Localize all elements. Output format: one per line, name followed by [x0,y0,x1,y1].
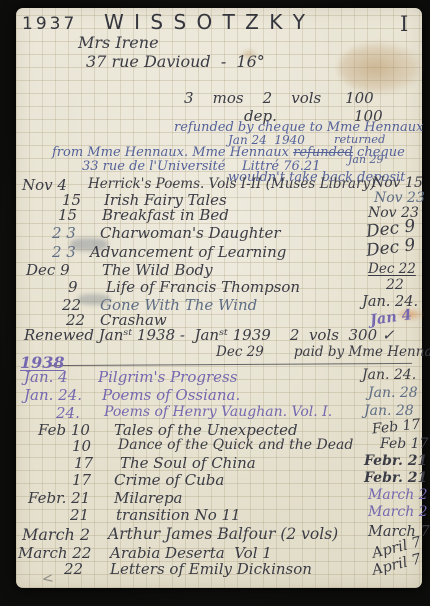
entry-return-date: Jan. 24. [362,368,416,383]
refund-note-line2-returned: returned [334,133,385,146]
entry-borrow-date: 2 3 [52,244,76,261]
member-address: 37 rue Davioud - 16° [86,53,265,71]
entry-return-date: 22 [386,278,404,293]
entry-borrow-date: 2 3 [52,225,76,242]
entry-title: Crime of Cuba [114,472,224,489]
entry-borrow-date: 15 [58,207,77,224]
entry-return-date: Jan. 28 [368,386,418,401]
renewal-note: Renewed Janˢᵗ 1938 - Janˢᵗ 1939 2 vols 3… [24,327,394,344]
entry-borrow-date: 22 [64,561,83,578]
entry-borrow-date: 10 [72,438,91,455]
entry-return-date: March 2 [368,488,428,503]
entry-title: Milarepa [114,490,183,507]
entry-borrow-date: Dec 9 [26,262,70,279]
entry-title: Poems of Henry Vaughan. Vol. I. [104,405,332,420]
refund-note-line3-pre: from Mme Hennaux. Mme Hennaux [52,145,293,160]
entry-return-date: March 2 [368,505,428,520]
tan-stain-large [338,42,422,94]
entry-return-date: Febr. 21 [364,454,427,469]
member-surname: W I S S O T Z K Y [104,10,307,34]
entry-borrow-date: Jan. 4 [24,369,68,386]
entry-title: transition No 11 [116,507,241,524]
entry-title: The Soul of China [120,455,256,472]
entry-borrow-date: 21 [70,507,89,524]
library-card: 1937 W I S S O T Z K Y I Mrs Irene 37 ru… [16,8,422,588]
entry-return-date: Dec 9 [365,236,416,261]
entry-title: The Wild Body [102,262,213,279]
entry-return-date: Febr. 21 [364,471,427,486]
entry-borrow-date: 17 [74,455,93,472]
entry-return-date: Feb 17 [380,437,428,452]
pencil-mark: < [41,571,55,588]
refund-note-line3-struck: refunded [293,145,353,160]
entry-title: Breakfast in Bed [102,207,229,224]
entry-return-date: Dec 22 [368,262,416,277]
scan-background: { "palette": { "card_background": "#eae6… [0,0,430,606]
entry-borrow-date: March 2 [22,526,90,544]
entry-borrow-date: 17 [72,472,91,489]
card-numeral: I [400,12,408,36]
entry-title: Dance of the Quick and the Dead [118,438,353,453]
member-name: Mrs Irene [78,34,159,52]
payment-note: Dec 29 paid by Mme Hennaux [216,345,430,360]
entry-title: Advancement of Learning [90,244,286,261]
entry-return-date: Feb 17 [371,418,421,438]
entry-title: Herrick's Poems. Vols I-II (Muses Librar… [88,177,375,192]
entry-title: Arthur James Balfour (2 vols) [108,526,338,543]
entry-title: Letters of Emily Dickinson [110,561,312,578]
entry-borrow-date: Febr. 21 [28,490,90,507]
entry-borrow-date: 24. [56,405,80,422]
entry-borrow-date: Jan. 24. [24,387,82,404]
entry-borrow-date: Nov 4 [22,177,67,194]
entry-title: Charwoman's Daughter [100,225,281,242]
card-year: 1937 [22,14,77,34]
section-divider-line [50,363,412,366]
second-address-date: Jan 29 [348,154,384,166]
entry-title: Life of Francis Thompson [106,279,300,296]
entry-title: Pilgrim's Progress [98,369,237,386]
subscription-terms: 3 mos 2 vols 100 [184,90,374,107]
entry-borrow-date: 9 [68,279,78,296]
entry-title: Poems of Ossiana. [102,387,240,404]
